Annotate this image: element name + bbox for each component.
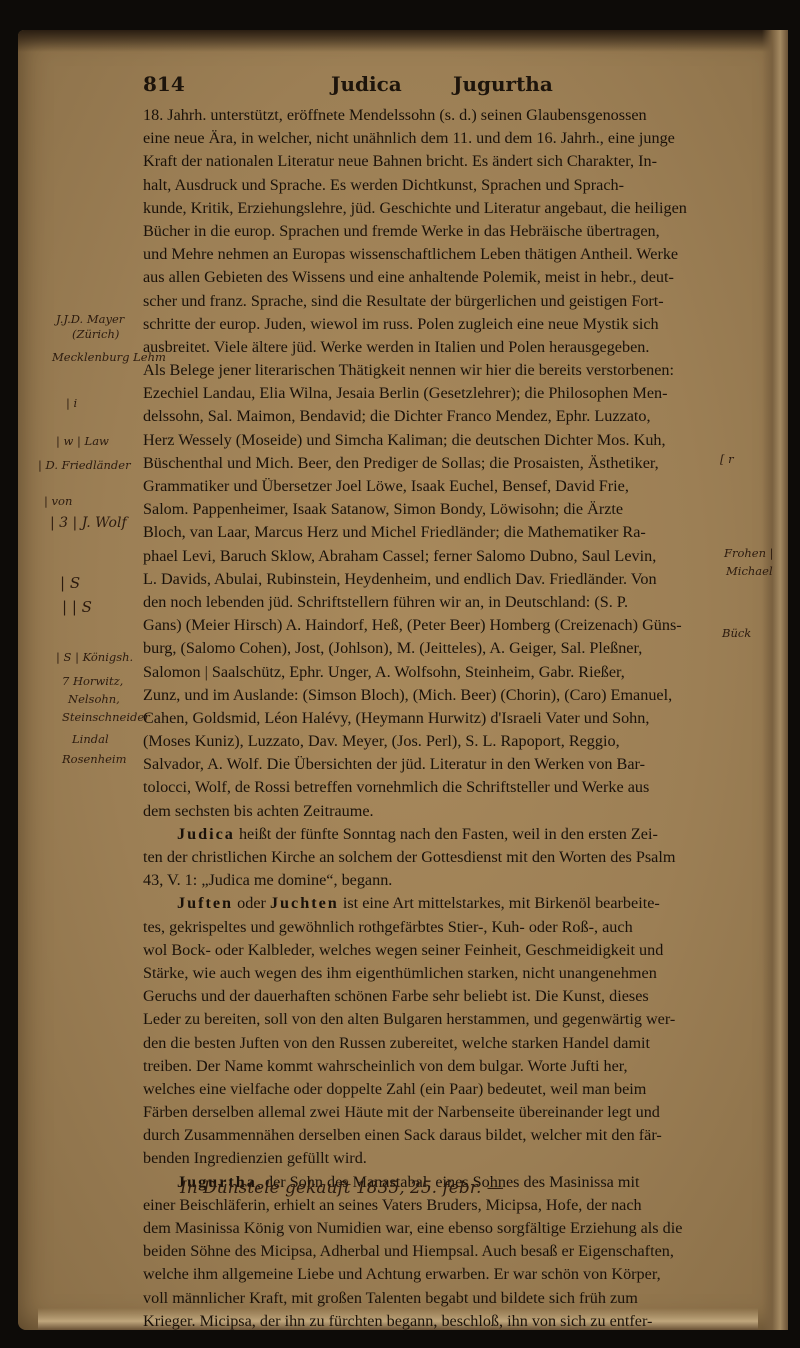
margin-note: Lindal xyxy=(72,732,109,746)
margin-note: J.J.D. Mayer xyxy=(56,312,124,326)
text-line: voll männlicher Kraft, mit großen Talent… xyxy=(143,1287,710,1310)
text-line: Färben derselben allemal zwei Häute mit … xyxy=(143,1101,710,1124)
text-line: L. Davids, Abulai, Rubinstein, Heydenhei… xyxy=(143,568,710,591)
text-line: dem Masinissa König von Numidien war, ei… xyxy=(143,1217,710,1240)
text-line: und Mehre nehmen an Europas wissenschaft… xyxy=(143,243,710,266)
margin-note: Steinschneider xyxy=(62,710,150,724)
text-line: beiden Söhne des Micipsa, Adherbal und H… xyxy=(143,1240,710,1263)
margin-note: (Zürich) xyxy=(72,327,119,341)
text-line: burg, (Salomo Cohen), Jost, (Johlson), M… xyxy=(143,637,710,660)
text-line: Salomon | Saalschütz, Ephr. Unger, A. Wo… xyxy=(143,661,710,684)
text-line: scher und franz. Sprache, sind die Resul… xyxy=(143,290,710,313)
text-line: Cahen, Goldsmid, Léon Halévy, (Heymann H… xyxy=(143,707,710,730)
text-line: tes, gekrispeltes und gewöhnlich rothgef… xyxy=(143,916,710,939)
text-line: ten der christlichen Kirche an solchem d… xyxy=(143,846,710,869)
margin-note: | D. Friedländer xyxy=(38,458,131,472)
handwritten-footer-note: In Dünstele gekauft 1835, 25. febr. — xyxy=(180,1178,504,1198)
text-line: durch Zusammennähen derselben einen Sack… xyxy=(143,1124,710,1147)
text-line: Leder zu bereiten, soll von den alten Bu… xyxy=(143,1008,710,1031)
text-line: welches eine vielfache oder doppelte Zah… xyxy=(143,1078,710,1101)
continued-paragraph: 18. Jahrh. unterstützt, eröffnete Mendel… xyxy=(143,104,710,823)
entry-judica: Judica heißt der fünfte Sonntag nach den… xyxy=(143,823,710,893)
text-line: 18. Jahrh. unterstützt, eröffnete Mendel… xyxy=(143,104,710,127)
lemma-judica: Judica xyxy=(177,825,235,843)
text-line: (Moses Kuniz), Luzzato, Dav. Meyer, (Jos… xyxy=(143,730,710,753)
text-line: wol Bock- oder Kalbleder, welches wegen … xyxy=(143,939,710,962)
text-line: halt, Ausdruck und Sprache. Es werden Di… xyxy=(143,174,710,197)
margin-note: | | S xyxy=(62,600,92,614)
text-line: kunde, Kritik, Erziehungslehre, jüd. Ges… xyxy=(143,197,710,220)
text-line: Salvador, A. Wolf. Die Übersichten der j… xyxy=(143,753,710,776)
page-edge-top xyxy=(18,30,788,52)
margin-note: | S xyxy=(60,576,80,590)
text-line: Geruchs und der dauerhaften schönen Farb… xyxy=(143,985,710,1008)
text-line: Zunz, und im Auslande: (Simson Bloch), (… xyxy=(143,684,710,707)
margin-note: 7 Horwitz, xyxy=(62,674,123,688)
running-head-left-keyword: Judica xyxy=(331,72,402,96)
margin-note: [ r xyxy=(720,452,734,466)
margin-note: | 3 | J. Wolf xyxy=(50,516,127,530)
text-line: Krieger. Micipsa, der ihn zu fürchten be… xyxy=(143,1310,710,1333)
text-line: tolocci, Wolf, de Rossi betreffen vorneh… xyxy=(143,776,710,799)
text-line: 43, V. 1: „Judica me domine“, begann. xyxy=(143,869,710,892)
text-line: Herz Wessely (Moseide) und Simcha Kalima… xyxy=(143,429,710,452)
lemma-juchten: Juchten xyxy=(270,894,339,912)
running-head-right-keyword: Jugurtha xyxy=(453,72,553,96)
text-line: eine neue Ära, in welcher, nicht unähnli… xyxy=(143,127,710,150)
text-line: Stärke, wie auch wegen des ihm eigenthüm… xyxy=(143,962,710,985)
text-line: treiben. Der Name kommt wahrscheinlich v… xyxy=(143,1055,710,1078)
text-line: Gans) (Meier Hirsch) A. Haindorf, Heß, (… xyxy=(143,614,710,637)
text-line: Salom. Pappenheimer, Isaak Satanow, Simo… xyxy=(143,498,710,521)
body-text: 18. Jahrh. unterstützt, eröffnete Mendel… xyxy=(143,104,710,1333)
margin-note: | von xyxy=(44,494,72,508)
page-number: 814 xyxy=(143,72,185,96)
margin-note: Michael xyxy=(726,564,773,578)
text-line: Kraft der nationalen Literatur neue Bahn… xyxy=(143,150,710,173)
margin-note: Frohen | xyxy=(724,546,774,560)
text-line: Bücher in die europ. Sprachen und fremde… xyxy=(143,220,710,243)
text-line: den noch lebenden jüd. Schriftstellern f… xyxy=(143,591,710,614)
margin-note: Bück xyxy=(722,626,751,640)
text-line: phael Levi, Baruch Sklow, Abraham Cassel… xyxy=(143,545,710,568)
text-line: Büschenthal und Mich. Beer, den Prediger… xyxy=(143,452,710,475)
margin-note: Nelsohn, xyxy=(68,692,120,706)
text-line: benden Ingredienzien gefüllt wird. xyxy=(143,1147,710,1170)
page-edge-right xyxy=(762,30,788,1330)
text-line: den die besten Juften von den Russen zub… xyxy=(143,1032,710,1055)
margin-note: Mecklenburg Lehm xyxy=(52,350,166,364)
text-line: Grammatiker und Übersetzer Joel Löwe, Is… xyxy=(143,475,710,498)
text-line: welche ihm allgemeine Liebe und Achtung … xyxy=(143,1263,710,1286)
margin-note: | w | Law xyxy=(56,434,109,448)
text-line: Bloch, van Laar, Marcus Herz und Michel … xyxy=(143,521,710,544)
entry-juften: Juften oder Juchten ist eine Art mittels… xyxy=(143,892,710,1170)
lemma-juften: Juften xyxy=(177,894,233,912)
text-line: schritte der europ. Juden, wiewol im rus… xyxy=(143,313,710,336)
text-line: Judica heißt der fünfte Sonntag nach den… xyxy=(143,823,710,846)
text-line: delssohn, Sal. Maimon, Bendavid; die Dic… xyxy=(143,405,710,428)
text-line: Ezechiel Landau, Elia Wilna, Jesaia Berl… xyxy=(143,382,710,405)
margin-note: | i xyxy=(66,396,77,410)
margin-note: | S | Königsh. xyxy=(56,650,133,664)
margin-note: Rosenheim xyxy=(62,752,127,766)
text-line: aus allen Gebieten des Wissens und eine … xyxy=(143,266,710,289)
text-line: Juften oder Juchten ist eine Art mittels… xyxy=(143,892,710,915)
text-line: Als Belege jener literarischen Thätigkei… xyxy=(143,359,710,382)
running-head: 814 Judica Jugurtha xyxy=(143,72,703,102)
text-line: dem sechsten bis achten Zeitraume. xyxy=(143,800,710,823)
text-line: ausbreitet. Viele ältere jüd. Werke werd… xyxy=(143,336,710,359)
